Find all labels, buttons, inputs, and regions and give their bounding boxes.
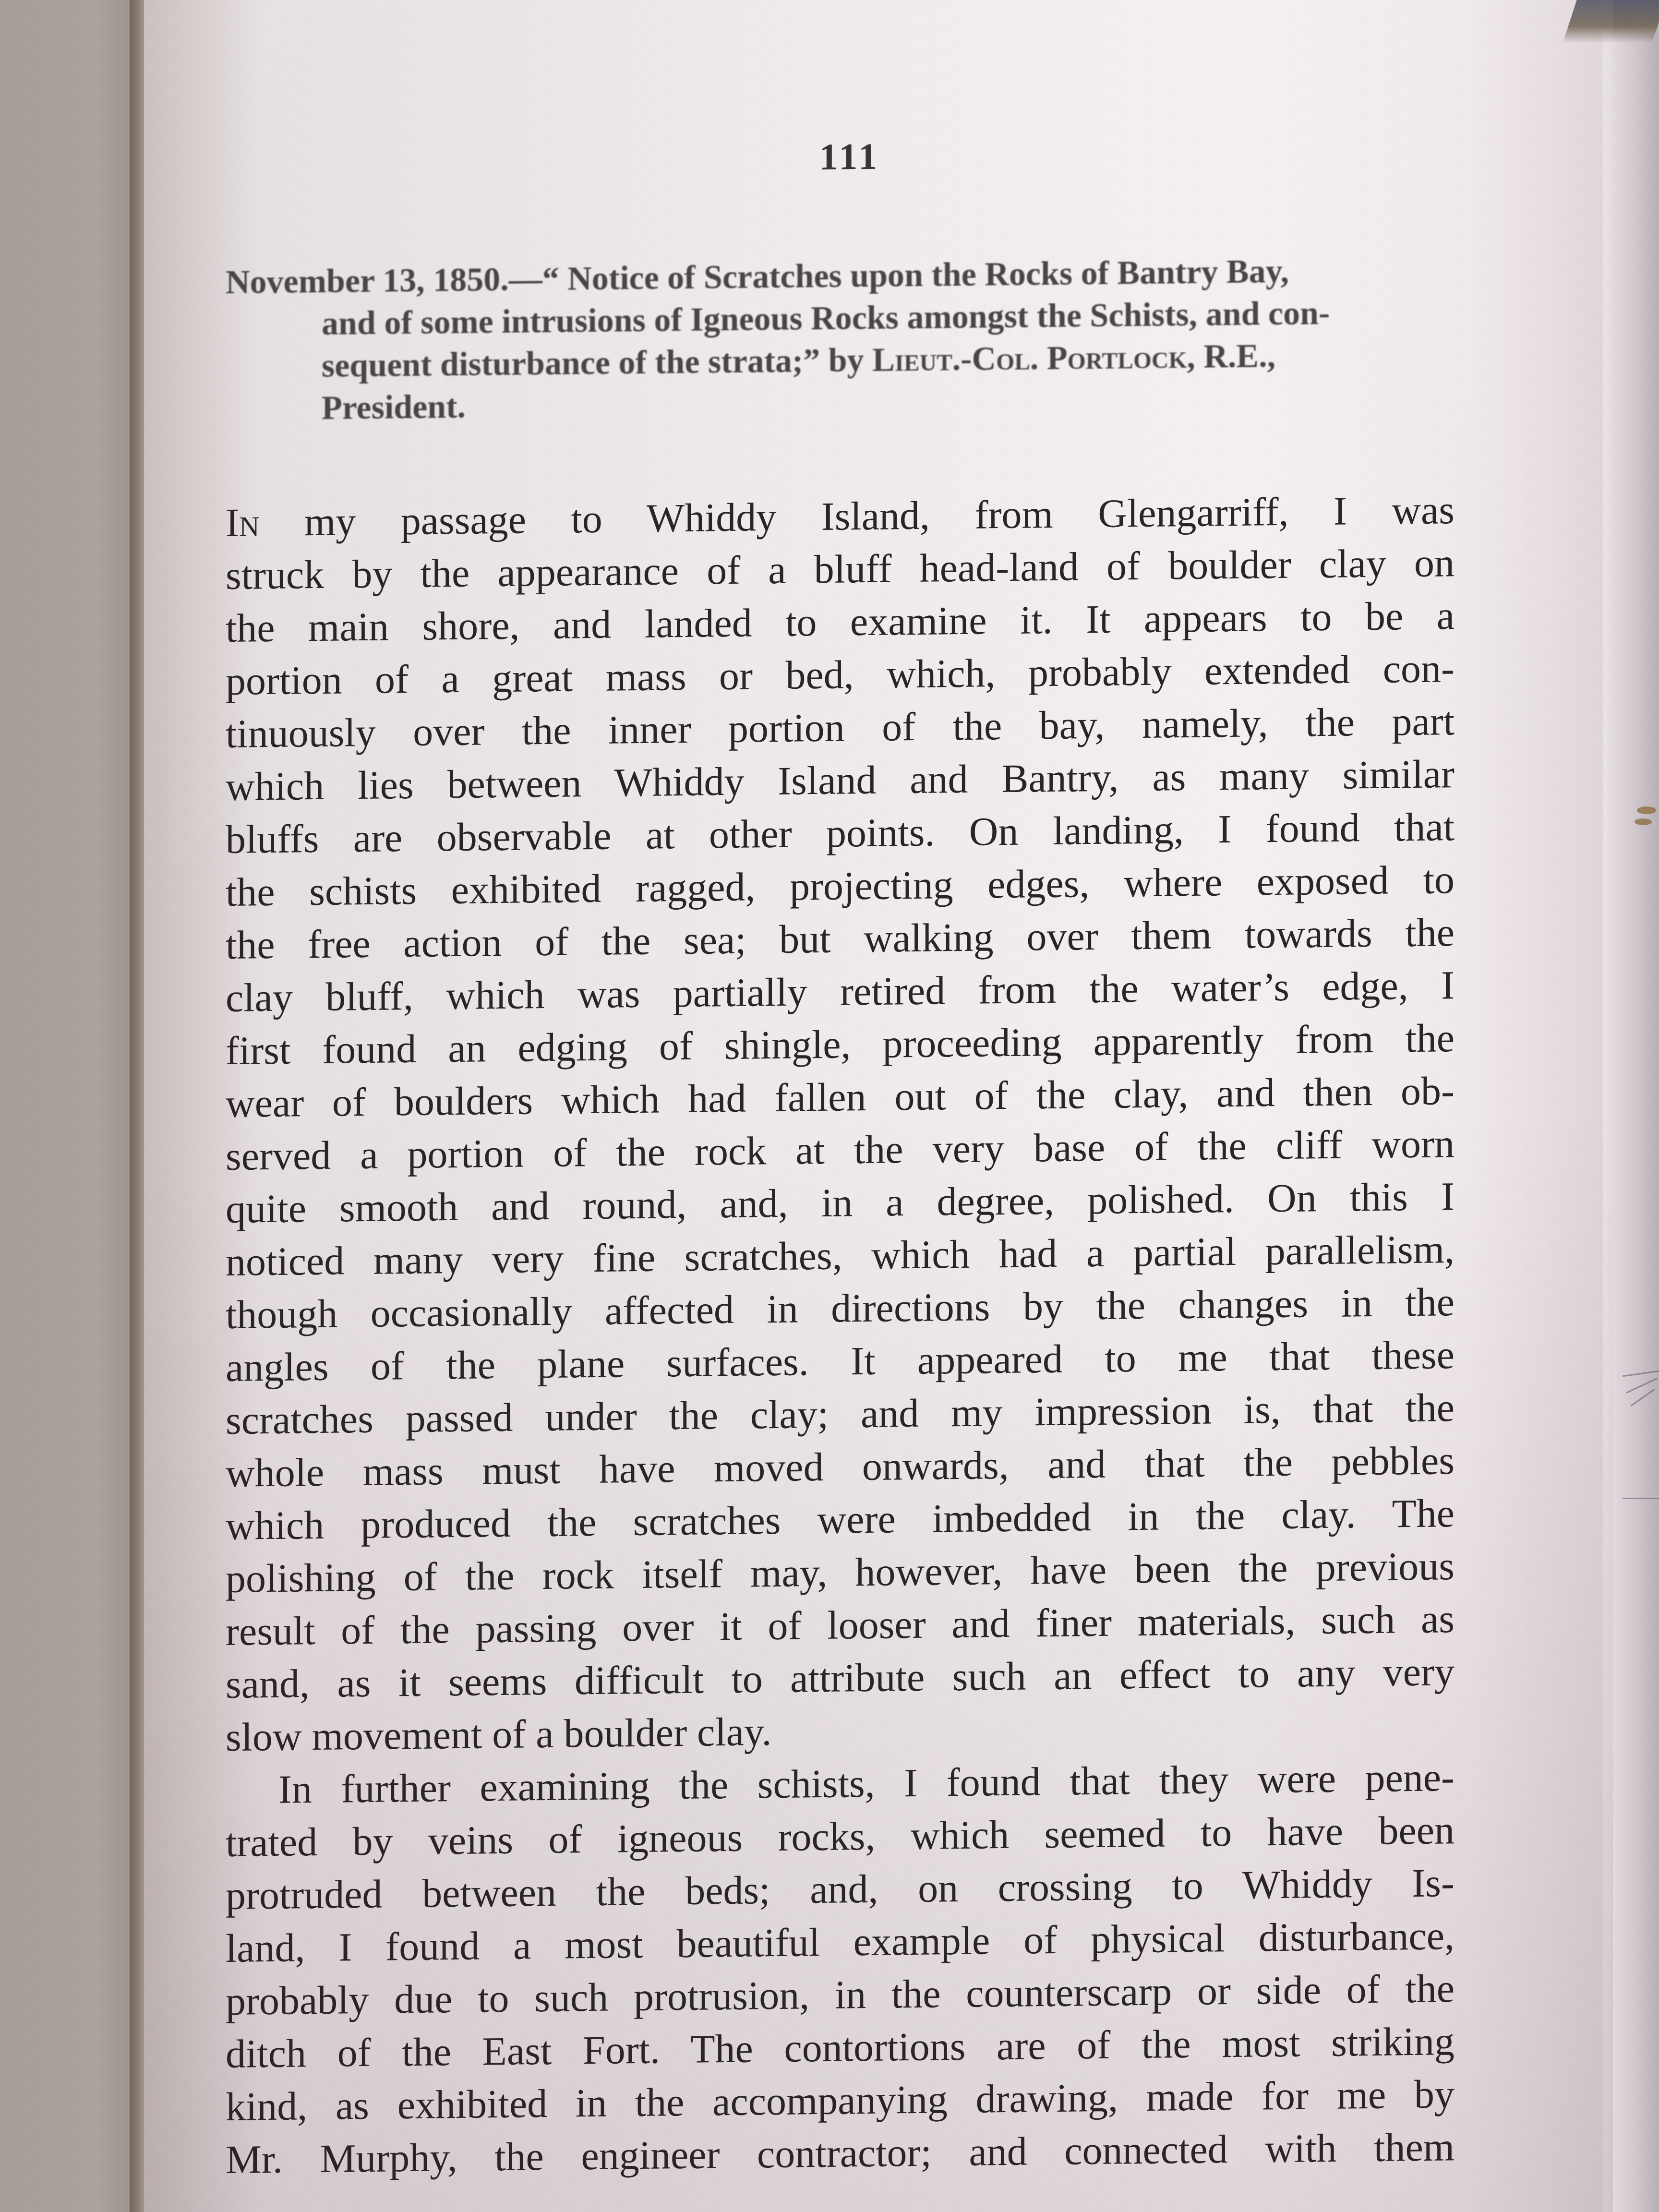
margin-stain <box>1635 818 1652 825</box>
margin-stain <box>1637 806 1656 814</box>
page-number: 111 <box>787 134 912 179</box>
page-corner-shadow <box>1563 0 1659 43</box>
paragraph-2: In further examining the schists, I foun… <box>226 1751 1474 2187</box>
body-text: In my passage to Whiddy Island, from Gle… <box>226 484 1474 2187</box>
paragraph-1: In my passage to Whiddy Island, from Gle… <box>226 484 1474 1764</box>
facing-page-edge <box>0 0 139 2212</box>
author-name: Lieut.-Col. Portlock, R.E., <box>872 337 1275 379</box>
page-right-edge <box>1603 0 1659 2212</box>
paper-heading: November 13, 1850.—“ Notice of Scratches… <box>226 249 1455 431</box>
drop-lead: In <box>226 500 260 545</box>
pencil-mark <box>1623 1498 1659 1499</box>
